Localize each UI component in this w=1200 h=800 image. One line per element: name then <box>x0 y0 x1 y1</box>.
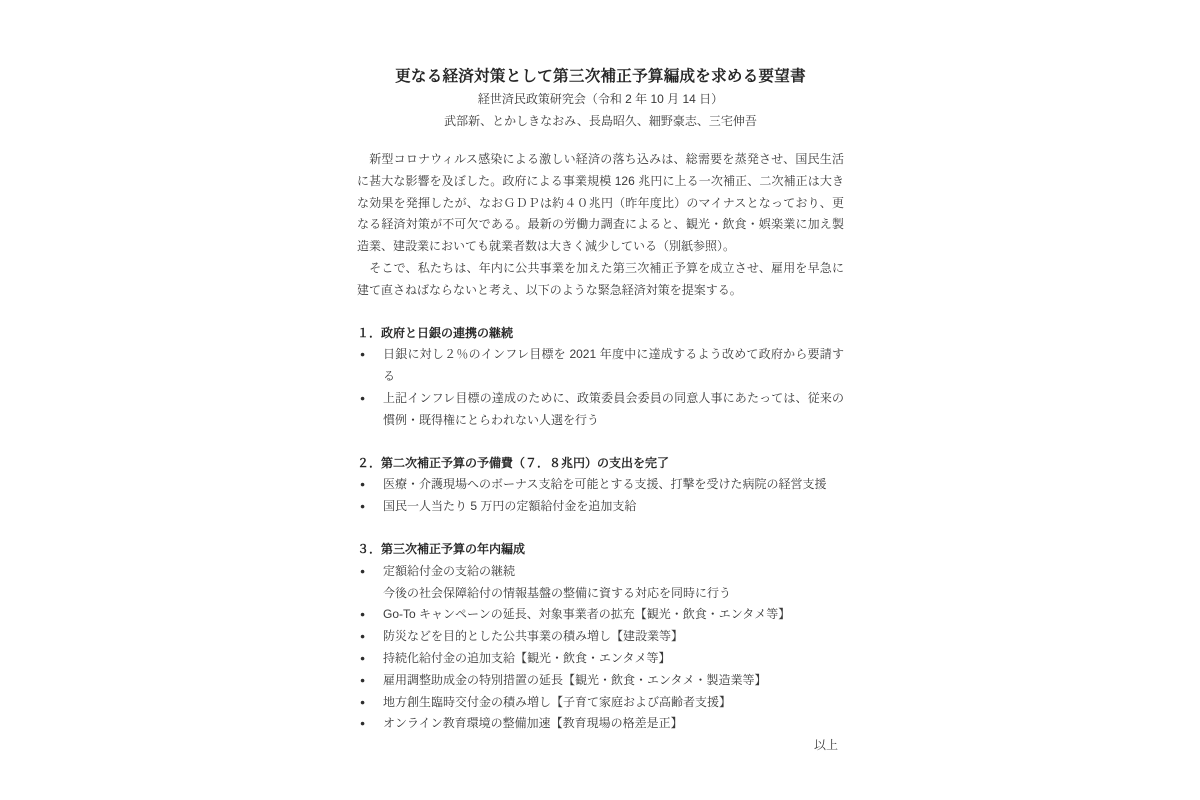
bullet-icon: ● <box>357 692 383 714</box>
bullet-text: 国民一人当たり 5 万円の定額給付金を追加支給 <box>383 496 844 518</box>
list-item: ● 国民一人当たり 5 万円の定額給付金を追加支給 <box>357 496 844 518</box>
bullet-icon: ● <box>357 670 383 692</box>
document-subtitle: 経世済民政策研究会（令和 2 年 10 月 14 日） <box>357 88 844 110</box>
bullet-text: 定額給付金の支給の継続 <box>383 561 844 583</box>
bullet-icon: ● <box>357 561 383 583</box>
bullet-icon: ● <box>357 604 383 626</box>
section-1-list: ● 日銀に対し２％のインフレ目標を 2021 年度中に達成するよう改めて政府から… <box>357 344 844 431</box>
section-1-heading: １．政府と日銀の連携の継続 <box>357 323 844 345</box>
bullet-text: 日銀に対し２％のインフレ目標を 2021 年度中に達成するよう改めて政府から要請… <box>383 344 844 388</box>
bullet-icon: ● <box>357 648 383 670</box>
document-body: 新型コロナウィルス感染による激しい経済の落ち込みは、総需要を蒸発させ、国民生活に… <box>357 149 844 757</box>
section-2-heading: ２．第二次補正予算の予備費（７．８兆円）の支出を完了 <box>357 453 844 475</box>
bullet-text-group: 定額給付金の支給の継続 今後の社会保障給付の情報基盤の整備に資する対応を同時に行… <box>383 561 844 605</box>
list-item: ● 医療・介護現場へのボーナス支給を可能とする支援、打撃を受けた病院の経営支援 <box>357 474 844 496</box>
bullet-text: Go-To キャンペーンの延長、対象事業者の拡充【観光・飲食・エンタメ等】 <box>383 604 844 626</box>
list-item: ● 防災などを目的とした公共事業の積み増し【建設業等】 <box>357 626 844 648</box>
bullet-text: 雇用調整助成金の特別措置の延長【観光・飲食・エンタメ・製造業等】 <box>383 670 844 692</box>
list-item: ● 日銀に対し２％のインフレ目標を 2021 年度中に達成するよう改めて政府から… <box>357 344 844 388</box>
document-content: 更なる経済対策として第三次補正予算編成を求める要望書 経世済民政策研究会（令和 … <box>357 66 844 757</box>
bullet-icon: ● <box>357 626 383 648</box>
list-item: ● オンライン教育環境の整備加速【教育現場の格差是正】 <box>357 713 844 735</box>
bullet-text: 持続化給付金の追加支給【観光・飲食・エンタメ等】 <box>383 648 844 670</box>
bullet-icon: ● <box>357 474 383 496</box>
section-3-list: ● 定額給付金の支給の継続 今後の社会保障給付の情報基盤の整備に資する対応を同時… <box>357 561 844 735</box>
list-item: ● 定額給付金の支給の継続 今後の社会保障給付の情報基盤の整備に資する対応を同時… <box>357 561 844 605</box>
closing-text: 以上 <box>357 735 838 757</box>
bullet-text: 防災などを目的とした公共事業の積み増し【建設業等】 <box>383 626 844 648</box>
list-item: ● 持続化給付金の追加支給【観光・飲食・エンタメ等】 <box>357 648 844 670</box>
intro-paragraph-2: そこで、私たちは、年内に公共事業を加えた第三次補正予算を成立させ、雇用を早急に建… <box>357 258 844 302</box>
bullet-text: 地方創生臨時交付金の積み増し【子育て家庭および高齢者支援】 <box>383 692 844 714</box>
intro-paragraph-1: 新型コロナウィルス感染による激しい経済の落ち込みは、総需要を蒸発させ、国民生活に… <box>357 149 844 258</box>
list-item: ● 地方創生臨時交付金の積み増し【子育て家庭および高齢者支援】 <box>357 692 844 714</box>
list-item: ● 雇用調整助成金の特別措置の延長【観光・飲食・エンタメ・製造業等】 <box>357 670 844 692</box>
bullet-icon: ● <box>357 713 383 735</box>
bullet-icon: ● <box>357 344 383 366</box>
bullet-icon: ● <box>357 496 383 518</box>
document-authors: 武部新、とかしきなおみ、長島昭久、細野豪志、三宅伸吾 <box>357 110 844 132</box>
bullet-text: オンライン教育環境の整備加速【教育現場の格差是正】 <box>383 713 844 735</box>
section-3-heading: ３．第三次補正予算の年内編成 <box>357 539 844 561</box>
list-item: ● 上記インフレ目標の達成のために、政策委員会委員の同意人事にあたっては、従来の… <box>357 388 844 432</box>
list-item: ● Go-To キャンペーンの延長、対象事業者の拡充【観光・飲食・エンタメ等】 <box>357 604 844 626</box>
bullet-icon: ● <box>357 388 383 410</box>
section-2-list: ● 医療・介護現場へのボーナス支給を可能とする支援、打撃を受けた病院の経営支援 … <box>357 474 844 518</box>
document-page: 更なる経済対策として第三次補正予算編成を求める要望書 経世済民政策研究会（令和 … <box>0 0 1200 800</box>
bullet-subtext: 今後の社会保障給付の情報基盤の整備に資する対応を同時に行う <box>383 583 844 605</box>
bullet-text: 医療・介護現場へのボーナス支給を可能とする支援、打撃を受けた病院の経営支援 <box>383 474 844 496</box>
document-title: 更なる経済対策として第三次補正予算編成を求める要望書 <box>357 66 844 88</box>
bullet-text: 上記インフレ目標の達成のために、政策委員会委員の同意人事にあたっては、従来の慣例… <box>383 388 844 432</box>
